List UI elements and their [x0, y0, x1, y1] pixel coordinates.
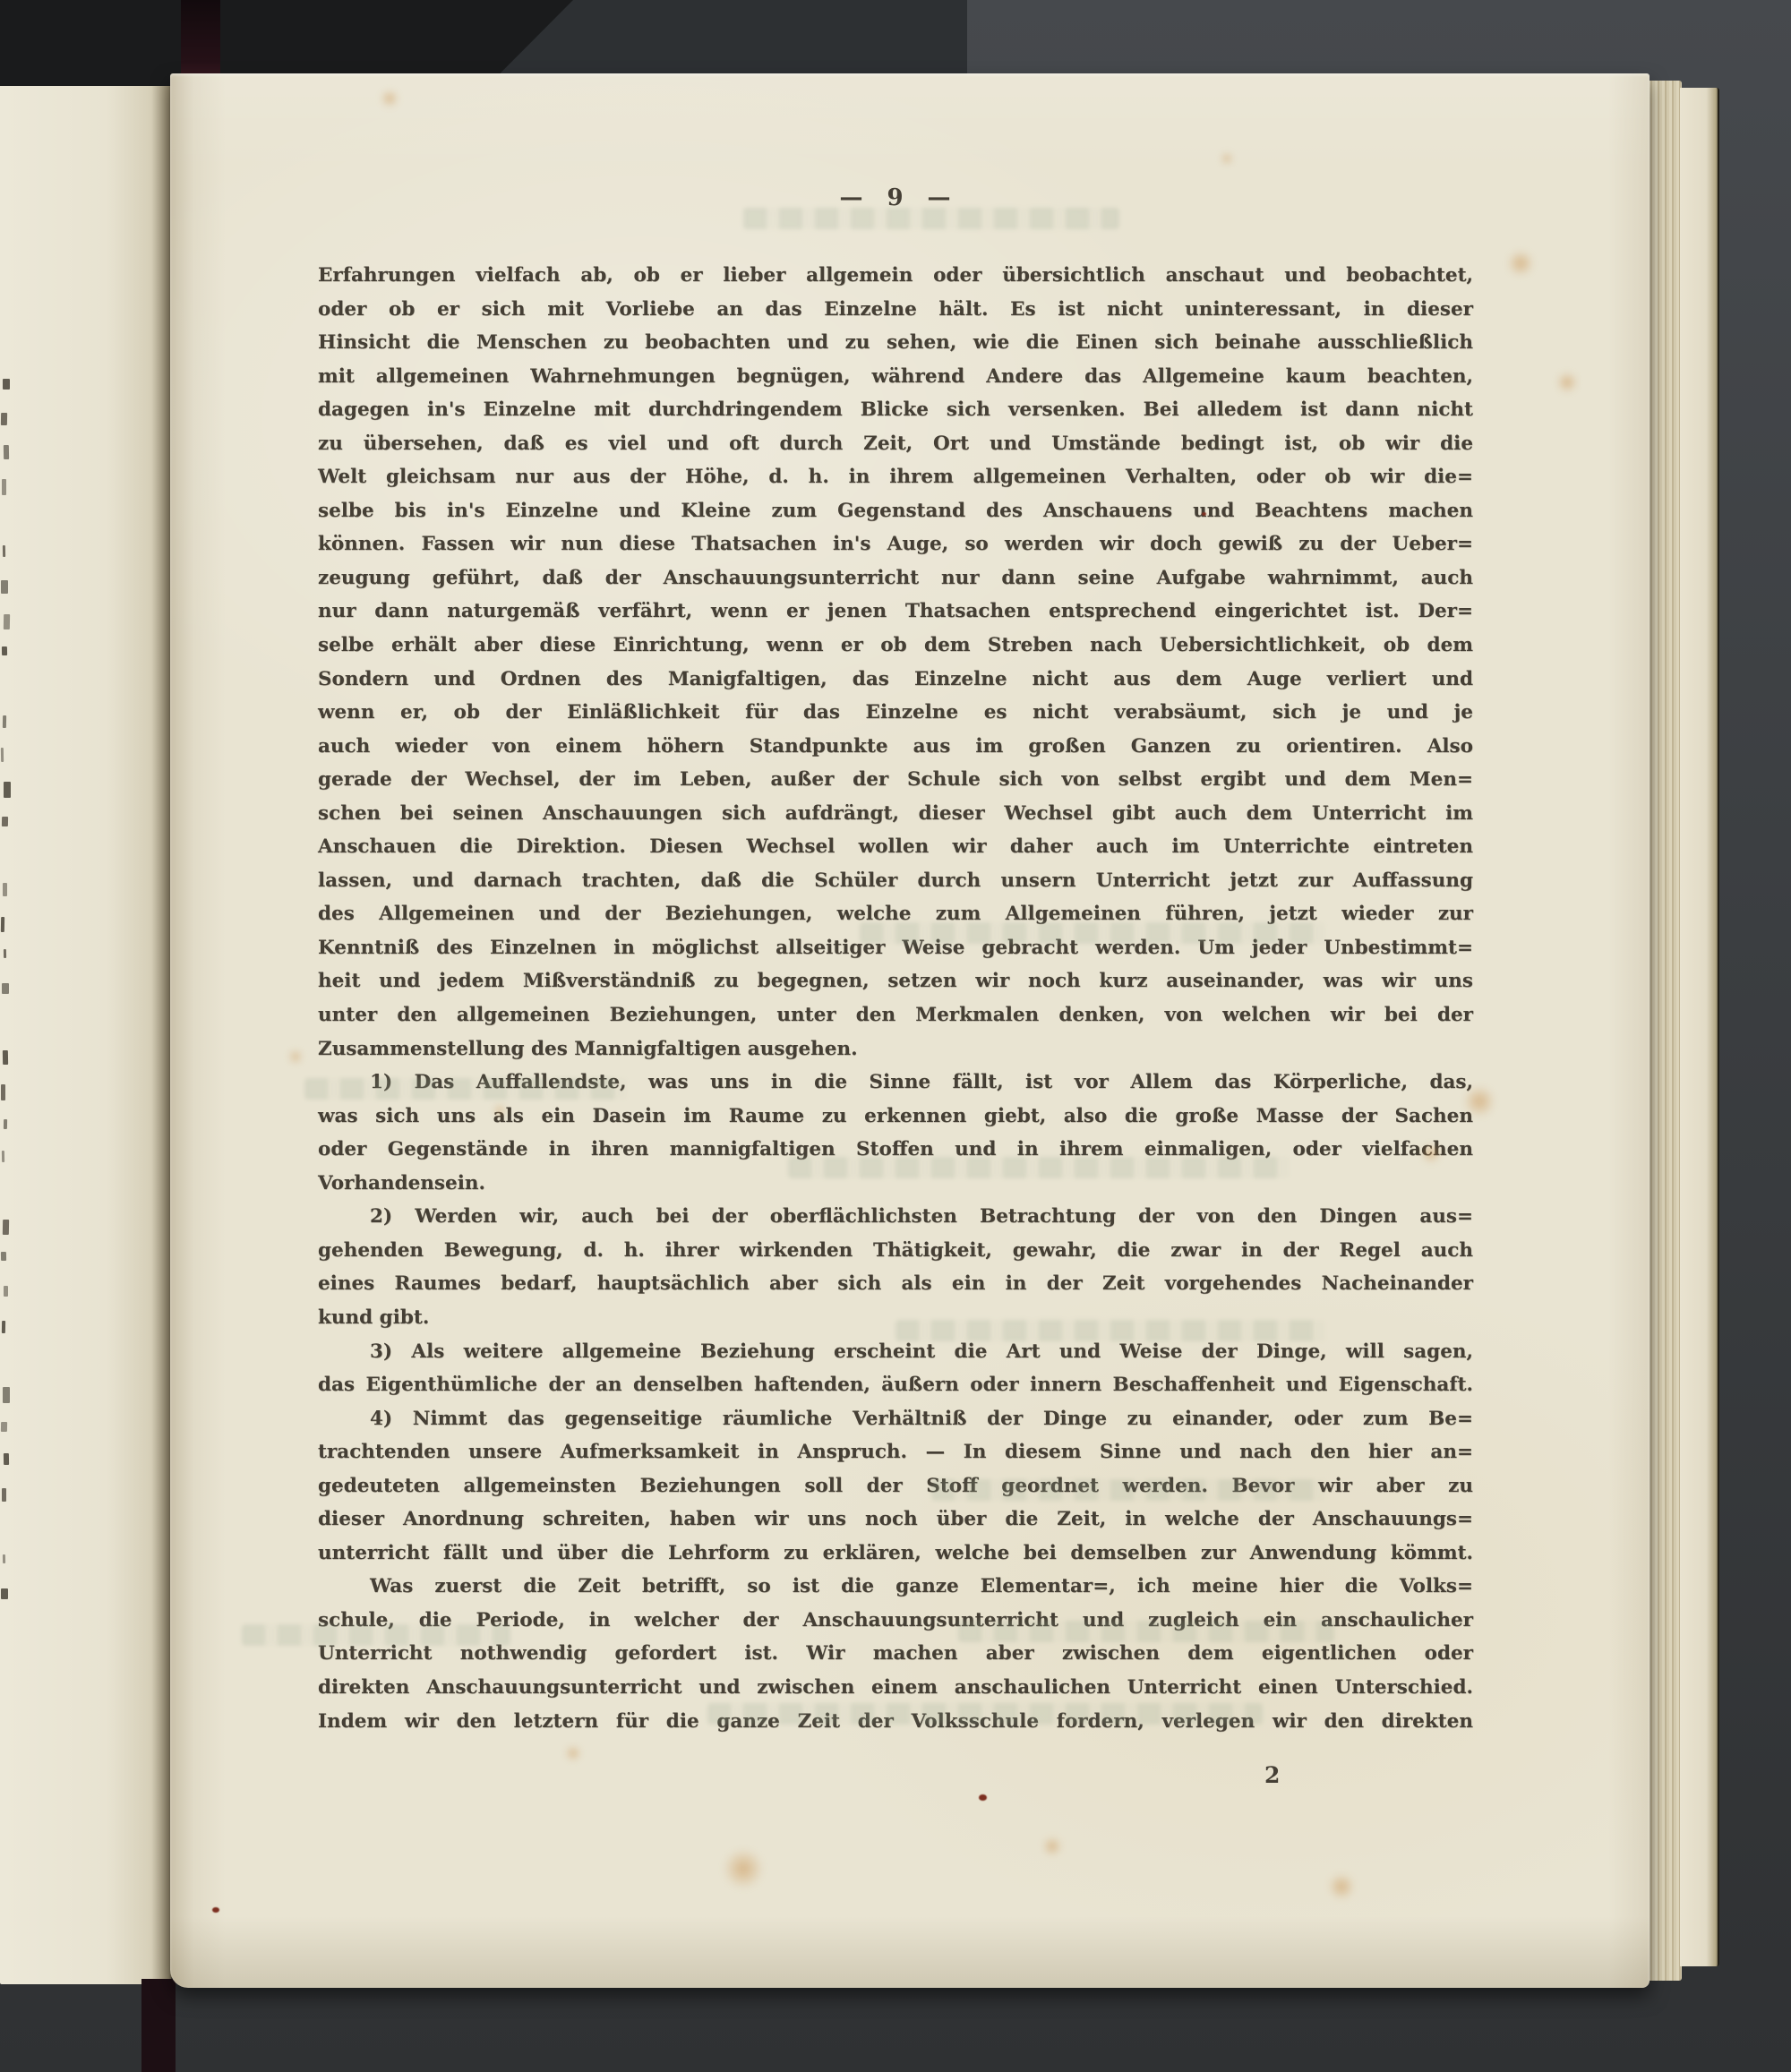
- foxing-stain: [1221, 152, 1233, 165]
- edge-text-fragment: [1, 1588, 8, 1599]
- foxing-stain: [1421, 1143, 1441, 1163]
- edge-text-fragment: [4, 614, 10, 629]
- book-scan: —9— Erfahrungen vielfach ab, ob er liebe…: [0, 0, 1791, 2072]
- edge-text-fragment: [3, 379, 10, 390]
- verso-show-through: [242, 1624, 510, 1646]
- text-line: nur dann naturgemäß verfährt, wenn er je…: [318, 595, 1473, 629]
- foxing-stain: [723, 1848, 764, 1889]
- edge-text-fragment: [3, 1387, 10, 1403]
- text-line: direkten Anschauungsunterricht und zwisc…: [318, 1671, 1473, 1705]
- text-line: gehenden Bewegung, d. h. ihrer wirkenden…: [318, 1234, 1473, 1268]
- edge-text-fragment: [3, 1220, 9, 1235]
- text-line: können. Fassen wir nun diese Thatsachen …: [318, 527, 1473, 561]
- verso-show-through: [788, 1157, 1290, 1178]
- underlying-page-edge: [1680, 88, 1719, 1966]
- text-line: was sich uns als ein Dasein im Raume zu …: [318, 1100, 1473, 1134]
- edge-text-fragment: [1, 917, 4, 932]
- foxing-stain: [1328, 1873, 1355, 1900]
- text-line: mit allgemeinen Wahrnehmungen begnügen, …: [318, 360, 1473, 394]
- foxing-stain: [1463, 1085, 1495, 1117]
- verso-show-through: [860, 922, 1325, 944]
- text-line: dagegen in's Einzelne mit durchdringende…: [318, 393, 1473, 427]
- edge-text-fragment: [3, 1554, 5, 1563]
- edge-text-fragment: [2, 1151, 4, 1162]
- text-line: eines Raumes bedarf, hauptsächlich aber …: [318, 1267, 1473, 1301]
- page-stack-edges: [1648, 81, 1682, 1981]
- edge-text-fragment: [2, 983, 9, 994]
- text-line: das Eigenthümliche der an denselben haft…: [318, 1368, 1473, 1402]
- text-line: Erfahrungen vielfach ab, ob er lieber al…: [318, 259, 1473, 293]
- edge-text-fragment: [4, 782, 11, 798]
- edge-text-fragment: [4, 949, 6, 958]
- edge-text-fragment: [3, 1049, 8, 1064]
- verso-show-through: [304, 1078, 627, 1100]
- edge-text-fragment: [4, 1453, 9, 1465]
- foxing-stain: [1042, 1837, 1062, 1856]
- edge-text-fragment: [2, 646, 7, 655]
- text-line: dieser Anordnung schreiten, haben wir un…: [318, 1503, 1473, 1537]
- text-line: schen bei seinen Anschauungen sich aufdr…: [318, 797, 1473, 831]
- body-text: Erfahrungen vielfach ab, ob er lieber al…: [318, 259, 1473, 1738]
- edge-text-fragment: [1, 413, 7, 425]
- verso-show-through: [743, 208, 1119, 229]
- foxing-stain: [1507, 250, 1534, 277]
- text-line: unter den allgemeinen Beziehungen, unter…: [318, 998, 1473, 1032]
- spine-bottom: [141, 1979, 176, 2072]
- text-line: Was zuerst die Zeit betrifft, so ist die…: [318, 1570, 1473, 1604]
- foxing-stain: [288, 1049, 303, 1064]
- edge-text-fragment: [1, 1084, 5, 1100]
- text-line: auch wieder von einem höhern Standpunkte…: [318, 730, 1473, 764]
- text-line: gerade der Wechsel, der im Leben, außer …: [318, 763, 1473, 797]
- edge-text-fragment: [3, 715, 6, 728]
- foxing-stain: [1556, 372, 1578, 393]
- text-line: selbe erhält aber diese Einrichtung, wen…: [318, 629, 1473, 663]
- edge-text-fragment: [1, 1422, 7, 1432]
- text-line: Sondern und Ordnen des Manigfaltigen, da…: [318, 663, 1473, 697]
- edge-text-fragment: [4, 1119, 7, 1129]
- signature-mark: 2: [1264, 1762, 1336, 1788]
- text-line: wenn er, ob der Einläßlichkeit für das E…: [318, 696, 1473, 730]
- ink-speck: [979, 1794, 987, 1801]
- ink-speck: [1202, 512, 1206, 516]
- edge-text-fragment: [1, 1252, 6, 1261]
- text-line: selbe bis in's Einzelne und Kleine zum G…: [318, 494, 1473, 528]
- ink-speck: [212, 1907, 219, 1913]
- text-line: 4) Nimmt das gegenseitige räumliche Verh…: [318, 1402, 1473, 1436]
- foxing-stain: [493, 1104, 506, 1117]
- text-line: Hinsicht die Menschen zu beobachten und …: [318, 326, 1473, 360]
- text-line: Anschauen die Direktion. Diesen Wechsel …: [318, 830, 1473, 864]
- edge-text-fragment: [4, 445, 9, 459]
- edge-text-fragment: [2, 1488, 6, 1502]
- edge-text-fragment: [3, 545, 5, 557]
- edge-text-fragment: [1, 580, 8, 594]
- verso-show-through: [958, 1621, 1334, 1642]
- verso-show-through: [895, 1320, 1325, 1341]
- text-line: trachtenden unsere Aufmerksamkeit in Ans…: [318, 1435, 1473, 1469]
- verso-show-through: [707, 1703, 1263, 1725]
- edge-text-fragment: [3, 883, 7, 896]
- text-line: zeugung geführt, daß der Anschauungsunte…: [318, 561, 1473, 595]
- foxing-stain: [565, 1745, 581, 1761]
- text-line: Zusammenstellung des Mannigfaltigen ausg…: [318, 1032, 1473, 1066]
- edge-text-fragment: [2, 1321, 5, 1333]
- text-line: oder ob er sich mit Vorliebe an das Einz…: [318, 293, 1473, 327]
- text-line: heit und jedem Mißverständniß zu begegne…: [318, 964, 1473, 998]
- text-line: 2) Werden wir, auch bei der oberflächlic…: [318, 1200, 1473, 1234]
- edge-text-fragment: [2, 479, 6, 495]
- edge-text-fragment: [4, 1286, 8, 1297]
- text-line: unterricht fällt und über die Lehrform z…: [318, 1537, 1473, 1571]
- verso-show-through: [931, 1479, 1325, 1501]
- foxing-stain: [381, 90, 398, 107]
- text-line: lassen, und darnach trachten, daß die Sc…: [318, 864, 1473, 898]
- facing-page-edge: [0, 86, 172, 1984]
- text-line: Welt gleichsam nur aus der Höhe, d. h. i…: [318, 460, 1473, 494]
- edge-text-fragment: [2, 817, 8, 826]
- book-page: —9— Erfahrungen vielfach ab, ob er liebe…: [170, 73, 1650, 1988]
- edge-text-fragment: [1, 748, 4, 762]
- text-line: zu übersehen, daß es viel und oft durch …: [318, 427, 1473, 461]
